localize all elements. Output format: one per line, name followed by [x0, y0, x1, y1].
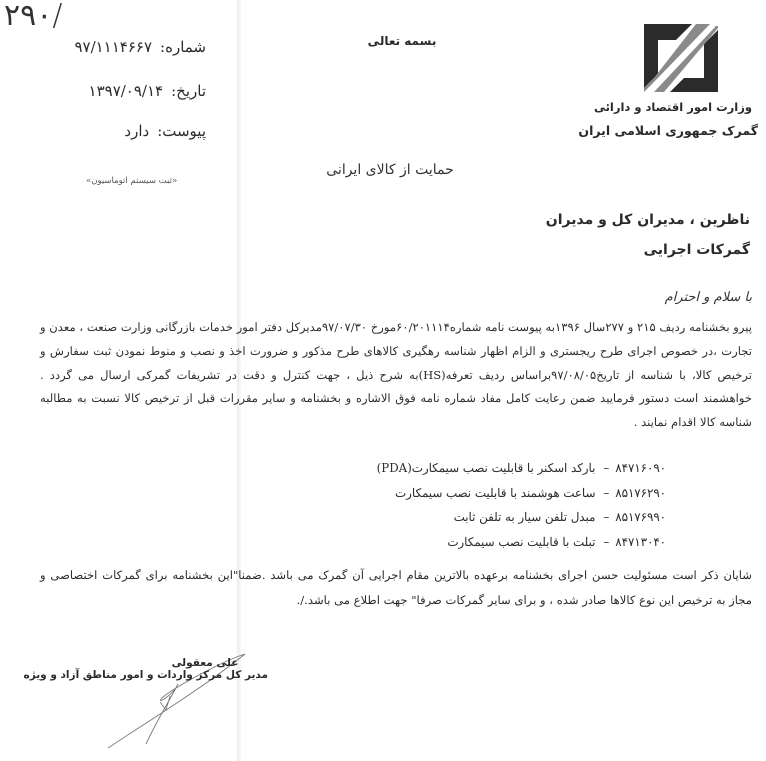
letter-date-label: تاریخ:: [171, 82, 206, 100]
letter-attachment-label: پیوست:: [157, 122, 206, 140]
list-item: ۸۴۷۱۳۰۴۰–تبلت با قابلیت نصب سیمکارت: [377, 530, 666, 555]
greeting: با سلام و احترام: [665, 290, 752, 305]
customs-logo-icon: [640, 22, 722, 94]
separator: –: [603, 461, 609, 475]
tariff-code: ۸۴۷۱۶۰۹۰: [615, 461, 666, 475]
agency-name: گمرک جمهوری اسلامی ایران: [578, 123, 758, 138]
tariff-code: ۸۴۷۱۳۰۴۰: [615, 535, 666, 549]
item-description: بارکد اسکنر با قابلیت نصب سیمکارت(PDA): [377, 461, 596, 475]
item-description: ساعت هوشمند با قابلیت نصب سیمکارت: [395, 486, 595, 500]
letter-attachment: پیوست:دارد: [124, 122, 206, 140]
basmala-heading: بسمه تعالی: [362, 34, 442, 48]
tariff-code: ۸۵۱۷۶۲۹۰: [615, 486, 666, 500]
letter-number-value: ۹۷/۱۱۱۴۶۶۷: [74, 38, 152, 56]
tariff-code: ۸۵۱۷۶۹۹۰: [615, 510, 666, 524]
body-paragraph: پیرو بخشنامه ردیف ۲۱۵ و ۲۷۷سال ۱۳۹۶به پی…: [40, 316, 752, 435]
letter-date: تاریخ:۱۳۹۷/۰۹/۱۴: [89, 82, 206, 100]
separator: –: [603, 510, 609, 524]
closing-text: شایان ذکر است مسئولیت حسن اجرای بخشنامه …: [40, 563, 752, 613]
list-item: ۸۵۱۷۶۹۹۰–مبدل تلفن سیار به تلفن ثابت: [377, 505, 666, 530]
list-item: ۸۵۱۷۶۲۹۰–ساعت هوشمند با قابلیت نصب سیمکا…: [377, 481, 666, 506]
tariff-items-list: ۸۴۷۱۶۰۹۰–بارکد اسکنر با قابلیت نصب سیمکا…: [377, 456, 666, 554]
letter-attachment-value: دارد: [124, 122, 149, 140]
list-item: ۸۴۷۱۶۰۹۰–بارکد اسکنر با قابلیت نصب سیمکا…: [377, 456, 666, 481]
closing-paragraph: شایان ذکر است مسئولیت حسن اجرای بخشنامه …: [40, 563, 752, 613]
separator: –: [603, 486, 609, 500]
letter-date-value: ۱۳۹۷/۰۹/۱۴: [89, 82, 164, 100]
separator: –: [603, 535, 609, 549]
letter-number-label: شماره:: [160, 38, 206, 56]
letter-body: پیرو بخشنامه ردیف ۲۱۵ و ۲۷۷سال ۱۳۹۶به پی…: [40, 316, 752, 435]
addressee-line-2: گمرکات اجرایی: [644, 242, 750, 258]
item-description: تبلت با قابلیت نصب سیمکارت: [447, 535, 595, 549]
letter-number: شماره:۹۷/۱۱۱۴۶۶۷: [74, 38, 206, 56]
ministry-name: وزارت امور اقتصاد و دارائی: [594, 100, 752, 114]
signer-title: مدیر کل مرکز واردات و امور مناطق آزاد و …: [60, 669, 268, 681]
addressee-line-1: ناظرین ، مدیران کل و مدیران: [546, 212, 750, 228]
signer-name: علی معقولی: [170, 657, 240, 669]
slogan: حمایت از کالای ایرانی: [320, 162, 460, 178]
item-description: مبدل تلفن سیار به تلفن ثابت: [454, 510, 596, 524]
auto-registration-note: «ثبت سیستم اتوماسیون»: [86, 176, 177, 186]
handwritten-reference-number: ۲۹۰/: [4, 0, 62, 33]
